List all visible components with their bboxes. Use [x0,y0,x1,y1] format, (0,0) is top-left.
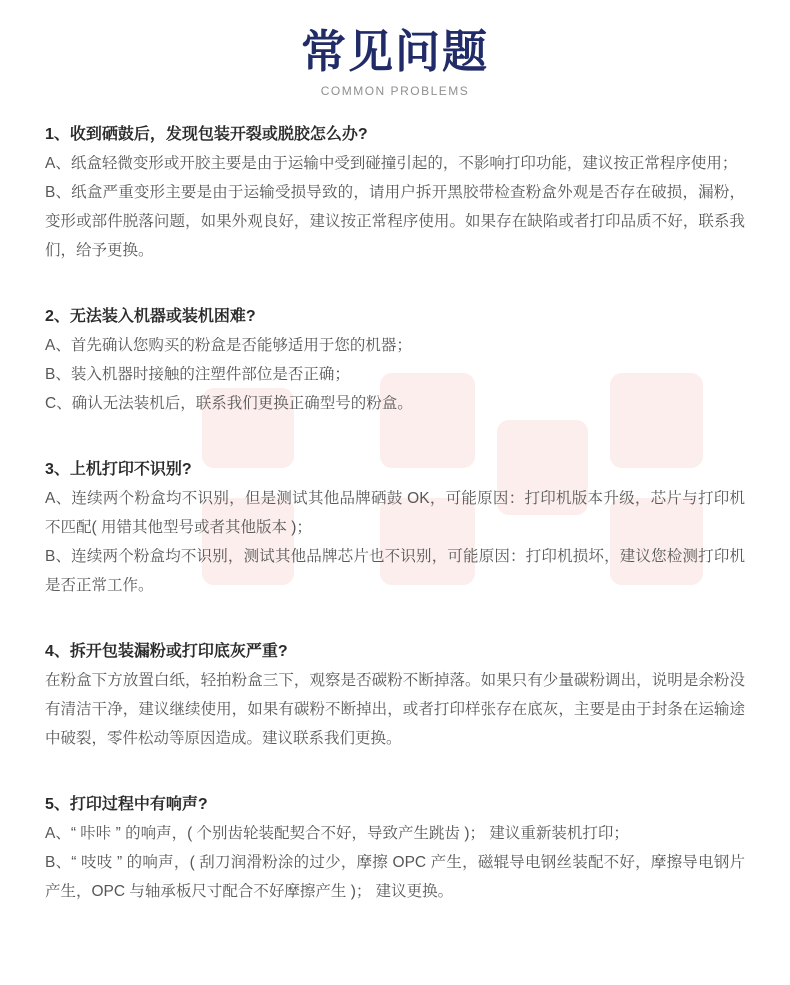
faq-question: 4、拆开包装漏粉或打印底灰严重? [45,637,745,666]
faq-section-3: 3、上机打印不识别? A、连续两个粉盒均不识别，但是测试其他品牌硒鼓 OK，可能… [45,455,745,600]
faq-answer: A、纸盒轻微变形或开胶主要是由于运输中受到碰撞引起的，不影响打印功能，建议按正常… [45,149,745,178]
faq-answer: C、确认无法装机后，联系我们更换正确型号的粉盒。 [45,389,745,418]
faq-section-2: 2、无法装入机器或装机困难? A、首先确认您购买的粉盒是否能够适用于您的机器； … [45,302,745,418]
faq-question: 5、打印过程中有响声? [45,790,745,819]
faq-section-4: 4、拆开包装漏粉或打印底灰严重? 在粉盒下方放置白纸，轻拍粉盒三下，观察是否碳粉… [45,637,745,753]
faq-section-5: 5、打印过程中有响声? A、“ 咔咔 ” 的响声，( 个别齿轮装配契合不好，导致… [45,790,745,906]
page-title: 常见问题 [45,26,745,78]
faq-answer: A、“ 咔咔 ” 的响声，( 个别齿轮装配契合不好，导致产生跳齿 )； 建议重新… [45,819,745,848]
faq-answer: A、连续两个粉盒均不识别，但是测试其他品牌硒鼓 OK，可能原因：打印机版本升级，… [45,484,745,542]
page-subtitle: COMMON PROBLEMS [45,84,745,98]
faq-answer: B、连续两个粉盒均不识别，测试其他品牌芯片也不识别，可能原因：打印机损坏，建议您… [45,542,745,600]
faq-list: 1、收到硒鼓后，发现包装开裂或脱胶怎么办? A、纸盒轻微变形或开胶主要是由于运输… [45,120,745,906]
faq-question: 2、无法装入机器或装机困难? [45,302,745,331]
faq-section-1: 1、收到硒鼓后，发现包装开裂或脱胶怎么办? A、纸盒轻微变形或开胶主要是由于运输… [45,120,745,265]
faq-answer: B、“ 吱吱 ” 的响声，( 刮刀润滑粉涂的过少，摩擦 OPC 产生，磁辊导电钢… [45,848,745,906]
faq-answer: B、纸盒严重变形主要是由于运输受损导致的，请用户拆开黑胶带检查粉盒外观是否存在破… [45,178,745,265]
faq-question: 1、收到硒鼓后，发现包装开裂或脱胶怎么办? [45,120,745,149]
faq-answer: A、首先确认您购买的粉盒是否能够适用于您的机器； [45,331,745,360]
faq-answer: 在粉盒下方放置白纸，轻拍粉盒三下，观察是否碳粉不断掉落。如果只有少量碳粉调出，说… [45,666,745,753]
faq-page: 常见问题 COMMON PROBLEMS 1、收到硒鼓后，发现包装开裂或脱胶怎么… [0,0,790,906]
faq-answer: B、装入机器时接触的注塑件部位是否正确； [45,360,745,389]
faq-question: 3、上机打印不识别? [45,455,745,484]
